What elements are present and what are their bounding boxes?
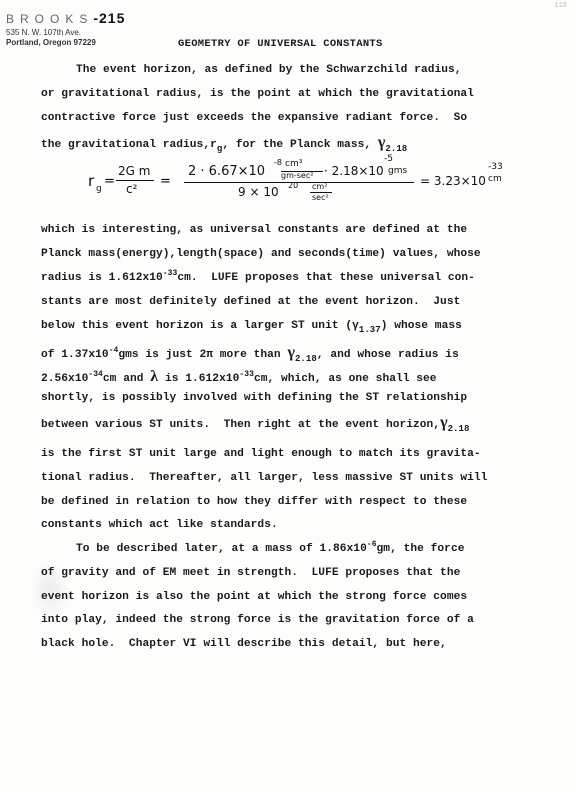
text-line: which is interesting, as universal const… <box>41 224 467 236</box>
stamp-number: -215 <box>93 10 125 26</box>
text-line: 2.56x10-34cm and λ is 1.612x10-33cm, whi… <box>41 368 437 386</box>
text-line: contractive force just exceeds the expan… <box>41 112 467 124</box>
text-line: into play, indeed the strong force is th… <box>41 614 474 626</box>
gravitational-radius-equation: r g = 2G m c² = 2 · 6.67×10 -8 cm³ gm-se… <box>88 160 558 210</box>
text-line: constants which act like standards. <box>41 519 278 531</box>
text-line: stants are most definitely defined at th… <box>41 296 460 308</box>
text-line: tional radius. Thereafter, all larger, l… <box>41 472 487 484</box>
text-line: below this event horizon is a larger ST … <box>41 320 462 332</box>
text-line: the gravitational radius,rg, for the Pla… <box>41 134 407 152</box>
text-line: shortly, is possibly involved with defin… <box>41 392 467 404</box>
text-line: event horizon is also the point at which… <box>41 591 467 603</box>
text-line: between various ST units. Then right at … <box>41 414 469 432</box>
text-line: To be described later, at a mass of 1.86… <box>76 543 464 555</box>
author-stamp: BROOKS-215 535 N. W. 107th Ave. Portland… <box>6 10 125 48</box>
text-line: or gravitational radius, is the point at… <box>41 88 474 100</box>
text-line: of 1.37x10-4gms is just 2π more than γ2.… <box>41 344 459 362</box>
stamp-name: BROOKS <box>6 12 93 26</box>
text-line: black hole. Chapter VI will describe thi… <box>41 638 447 650</box>
text-line: of gravity and of EM meet in strength. L… <box>41 567 460 579</box>
text-line: Planck mass(energy),length(space) and se… <box>41 248 481 260</box>
text-line: radius is 1.612x10-33cm. LUFE proposes t… <box>41 272 475 284</box>
stamp-address-line2: Portland, Oregon 97229 <box>6 38 125 48</box>
page-mark: 118 <box>554 2 567 10</box>
text-line: The event horizon, as defined by the Sch… <box>76 64 462 76</box>
document-title: GEOMETRY OF UNIVERSAL CONSTANTS <box>178 38 383 50</box>
stamp-address-line1: 535 N. W. 107th Ave. <box>6 28 125 38</box>
text-line: be defined in relation to how they diffe… <box>41 496 467 508</box>
text-line: is the first ST unit large and light eno… <box>41 448 481 460</box>
